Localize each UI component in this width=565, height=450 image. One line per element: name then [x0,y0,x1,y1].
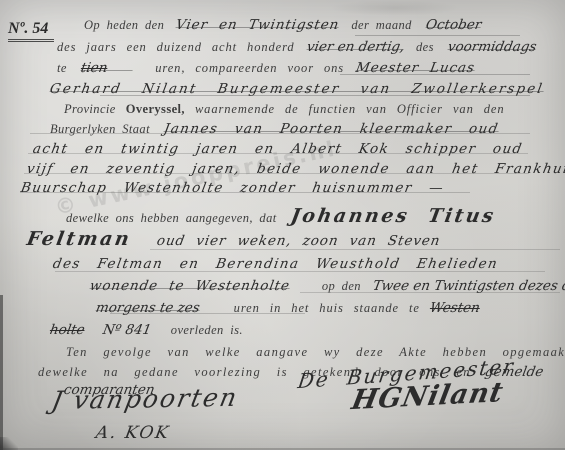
handwritten-text: acht en twintig jaren en Albert Kok schi… [31,140,524,158]
handwritten-name-deceased: Feltman [25,230,132,248]
handwritten-name-deceased: Johannes Titus [289,207,497,225]
house-number: Nº 841 [101,321,152,339]
scanned-record-page: © www.jooppreis.nl Nº. 54 Op heden den V… [0,0,565,450]
handwritten-text: vier en dertig, [305,38,406,56]
form-line-8: vijf en zeventig jaren, beide wonende aa… [27,160,565,178]
form-rule-line [24,173,529,174]
handwritten-text: voormiddags [446,38,538,56]
form-rule-line [300,292,560,293]
printed-text: Provincie [64,102,116,116]
form-rule-line [20,192,470,193]
form-line-11: Feltman oud vier weken, zoon van Steven [27,230,441,250]
handwritten-text: Jannes van Poorten kleermaker oud [162,120,500,138]
form-line-7: acht en twintig jaren en Albert Kok schi… [33,140,523,158]
form-line-5: Provincie Overyssel, waarnemende de func… [64,100,505,118]
form-rule-line [30,133,530,134]
form-line-15: holte Nº 841 overleden is. [50,321,243,339]
printed-text: der maand [351,18,411,32]
form-line-2: des jaars een duizend acht honderd vier … [57,38,536,56]
signature-burgemeester: HGNilant [350,384,505,410]
form-line-1: Op heden den Vier en Twintigsten der maa… [84,16,481,34]
printed-text: te [57,61,67,75]
printed-text: dewelke ons hebben aangegeven, dat [66,211,277,225]
handwritten-text: Vier en Twintigsten [175,16,341,34]
printed-text: overleden is. [171,323,243,337]
scan-edge-artifact [0,295,3,450]
printed-text: op den [322,279,361,293]
handwritten-text: oud vier weken, zoon van Steven [156,232,443,250]
form-rule-line [28,153,528,154]
printed-text: Op heden den [84,18,164,32]
handwritten-text: October [424,16,482,34]
printed-text: waarnemende de functien van Officier van… [195,102,505,116]
form-line-9: Buurschap Westenholte zonder huisnummer … [21,179,444,197]
handwritten-text-struck: holte [48,321,86,339]
record-number: Nº. 54 [8,20,54,42]
form-rule-line [340,74,530,75]
form-rule-line [150,249,560,250]
form-rule-line [355,35,520,36]
handwritten-text-struck: tien [79,59,135,77]
handwritten-text: Buurschap Westenholte zonder huisnummer … [19,179,445,197]
form-rule-line [100,95,530,96]
form-line-10: dewelke ons hebben aangegeven, dat Johan… [66,207,495,227]
form-rule-line [110,313,305,314]
printed-text: des jaars een duizend acht honderd [57,40,295,54]
handwritten-text: wonende te Westenholte [88,277,291,295]
form-line-6: Burgerlyken Staat Jannes van Poorten kle… [50,120,499,138]
form-line-14: morgens te zes uren in het huis staande … [96,299,480,317]
scan-smudge [330,0,460,16]
handwritten-text: vijf en zeventig jaren, beide wonende aa… [25,160,565,178]
signature-kok: A. KOK [94,424,171,442]
printed-text: des [416,40,434,54]
form-rule-line [55,271,545,272]
printed-text: uren, compareerden voor ons [155,61,344,75]
signature-van-poorten: J vanpoorten [50,389,240,410]
printed-text: Overyssel, [126,102,185,116]
handwritten-text-struck: Westen [428,299,481,317]
handwritten-text: morgens te zes [94,299,201,317]
